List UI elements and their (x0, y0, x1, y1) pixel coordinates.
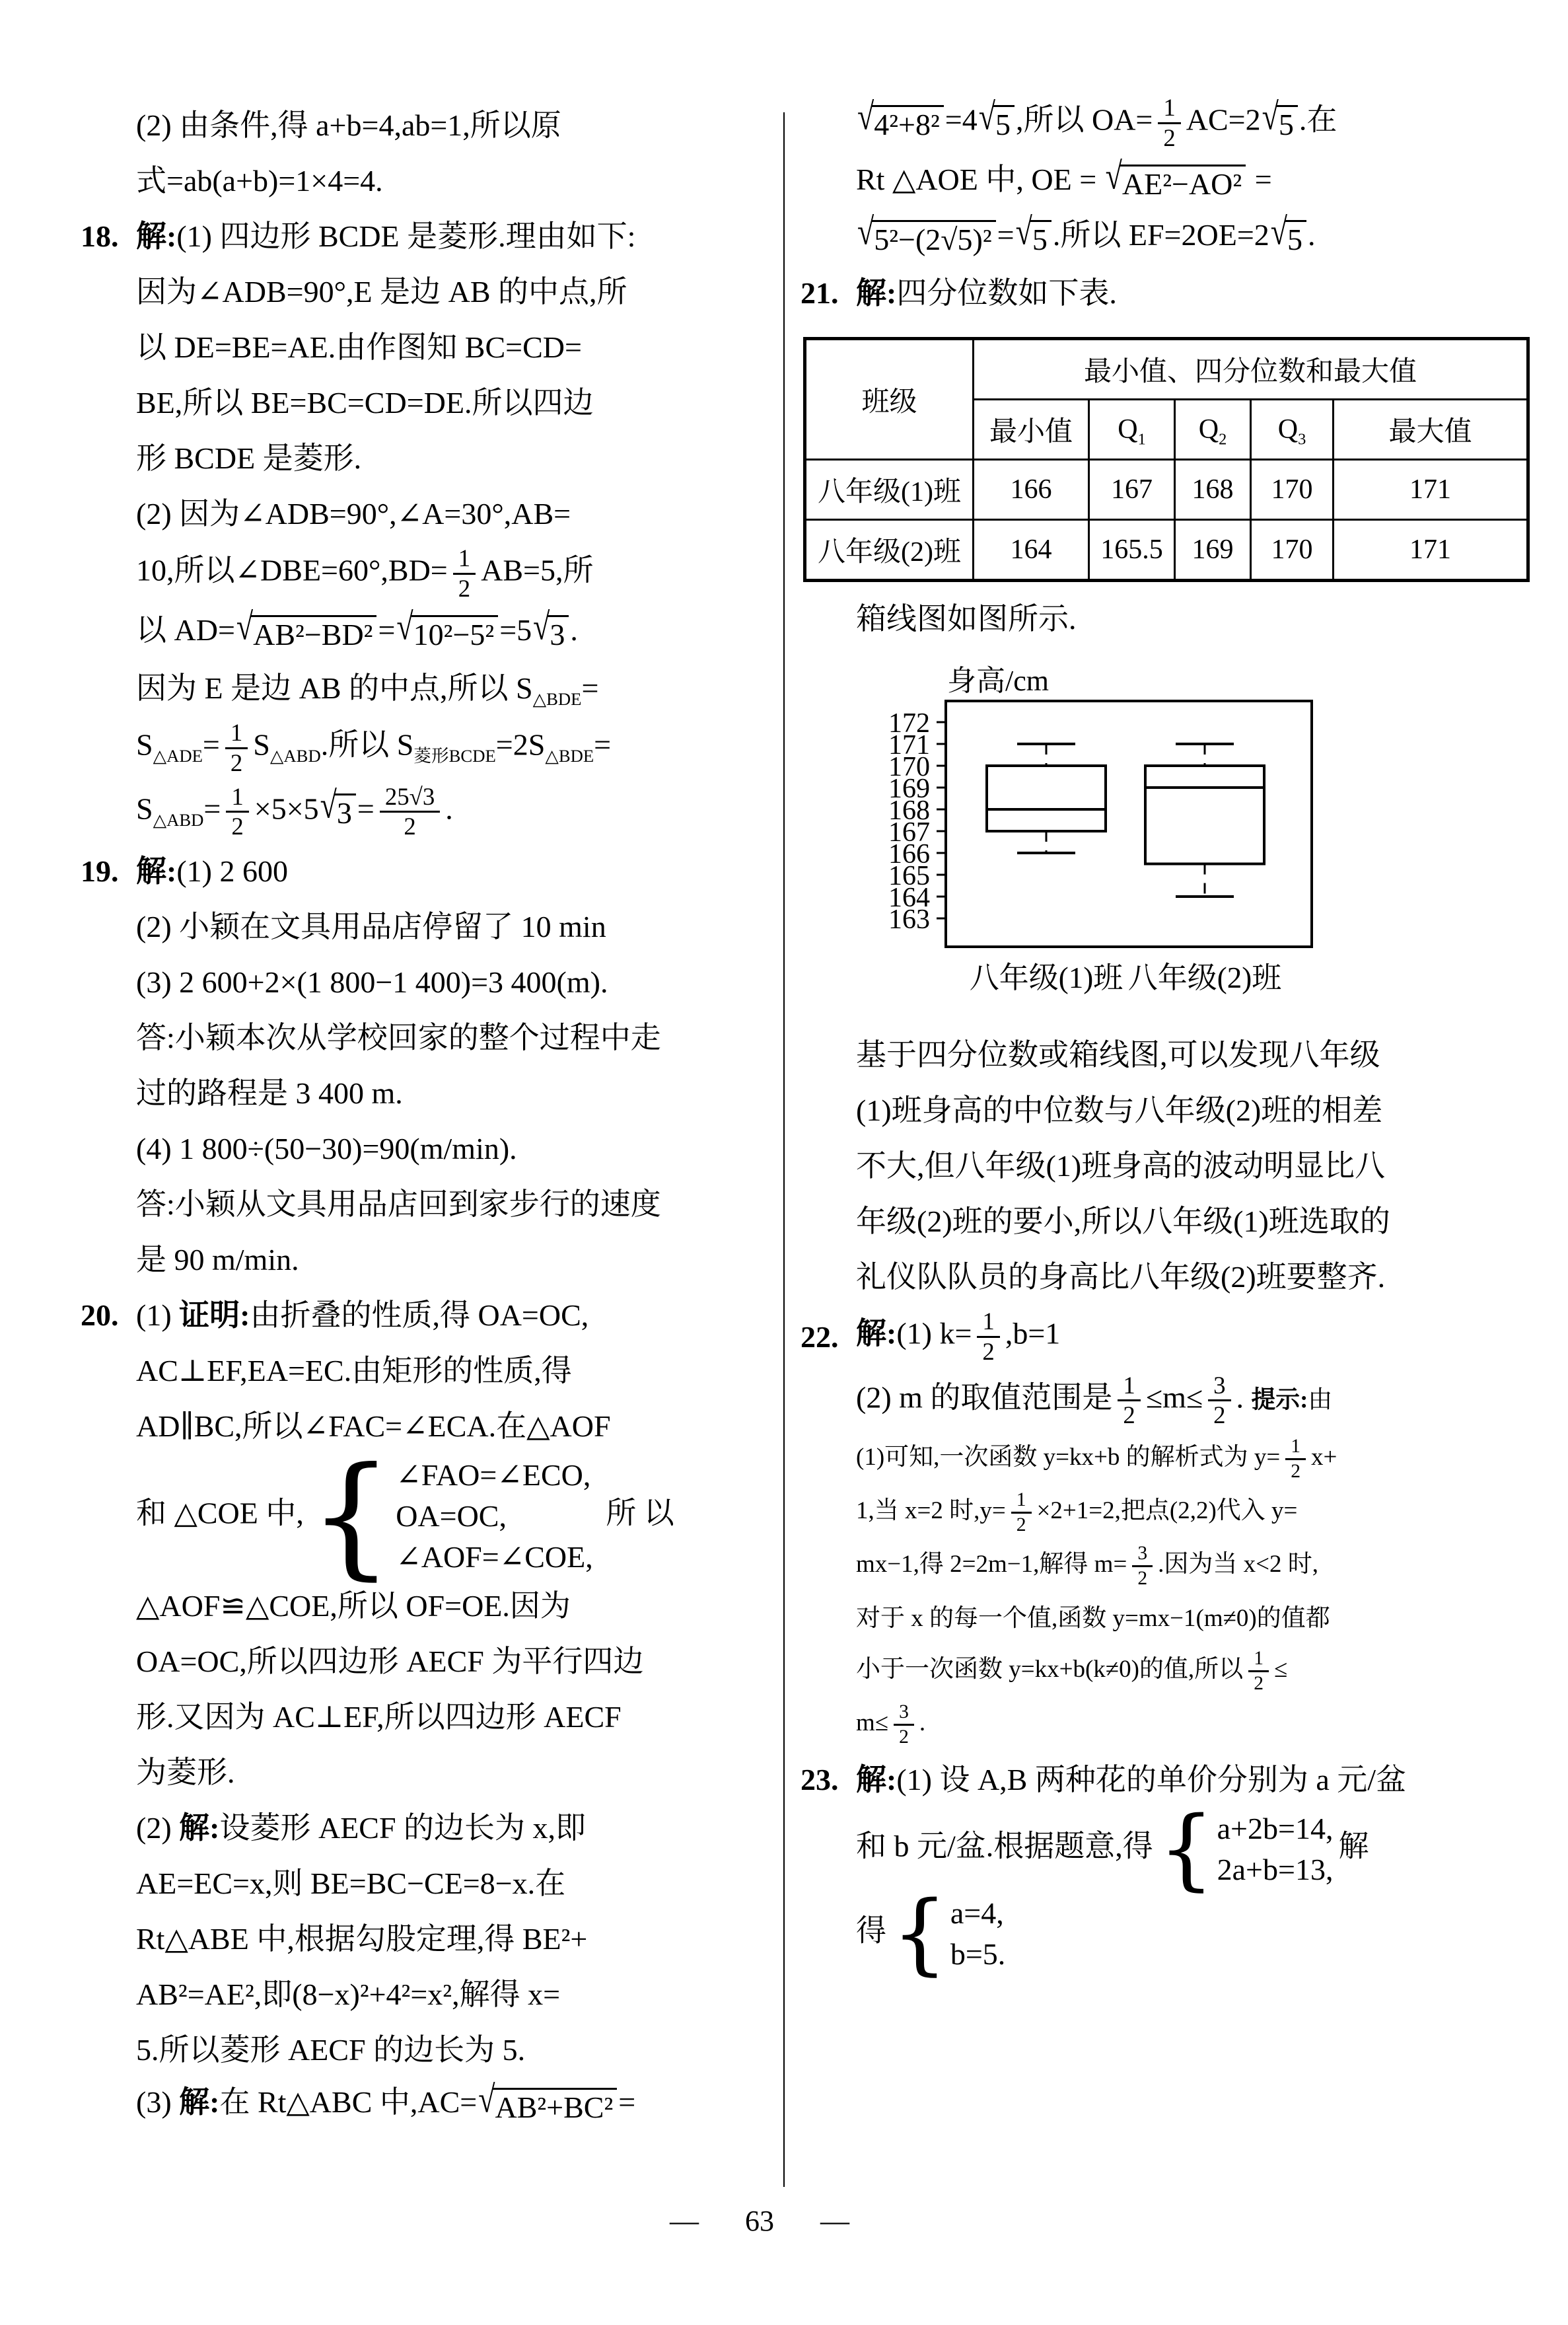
text-line: S△ADE=12S△ABD.所以 S菱形BCDE=2S△BDE= (81, 716, 775, 780)
equation-case-line: a=4, (950, 1898, 1005, 1929)
row-label: 八年级(1)班 (805, 460, 974, 520)
equation-case-line: ∠FAO=∠ECO, (396, 1459, 593, 1491)
line-text: (3) 解:在 Rt△ABC 中,AC=√AB²+BC²= (136, 2086, 775, 2125)
line-text: √5²−(2√5)²=√5.所以 EF=2OE=2√5. (856, 219, 1553, 258)
page-number: 63 (745, 2204, 774, 2238)
line-text: 以 AD=√AB²−BD²=√10²−5²=5√3. (136, 614, 775, 653)
text-line: m≤32. (801, 1698, 1553, 1752)
line-text: S△ADE=12S△ABD.所以 S菱形BCDE=2S△BDE= (136, 716, 775, 780)
text-line: (2) 小颖在文具用品店停留了 10 min (81, 899, 775, 955)
text-line: √5²−(2√5)²=√5.所以 EF=2OE=2√5. (801, 210, 1553, 266)
text-line: (2) 由条件,得 a+b=4,ab=1,所以原 (81, 98, 775, 153)
table-subheader: 最小值 (974, 400, 1089, 460)
table-cell: 167 (1089, 460, 1175, 520)
table-cell: 170 (1251, 520, 1334, 581)
text-line: 小于一次函数 y=kx+b(k≠0)的值,所以12≤ (801, 1644, 1553, 1698)
text-line: Rt△ABE 中,根据勾股定理,得 BE²+ (81, 1911, 775, 1967)
text-line: 以 AD=√AB²−BD²=√10²−5²=5√3. (81, 605, 775, 661)
iqr-box (987, 766, 1106, 831)
line-text: (2) m 的取值范围是12≤m≤32. 提示:由 (856, 1369, 1553, 1432)
text-line: BE,所以 BE=BC=CD=DE.所以四边 (81, 375, 775, 431)
right-column: √4²+8²=4√5,所以 OA=12AC=2√5.在Rt △AOE 中, OE… (801, 91, 1553, 1977)
text-line: AD∥BC,所以∠FAC=∠ECA.在△AOF (81, 1399, 775, 1454)
line-text: 以 DE=BE=AE.由作图知 BC=CD= (136, 331, 775, 364)
text-line: (1)可知,一次函数 y=kx+b 的解析式为 y=12x+ (801, 1432, 1553, 1486)
text-line: (2) 因为∠ADB=90°,∠A=30°,AB= (81, 486, 775, 542)
line-text: 解:(1) 四边形 BCDE 是菱形.理由如下: (136, 220, 775, 253)
table-subheader: Q3 (1251, 400, 1334, 460)
line-text: 对于 x 的每一个值,函数 y=mx−1(m≠0)的值都 (856, 1605, 1553, 1632)
line-text: 式=ab(a+b)=1×4=4. (136, 165, 775, 198)
row-label: 八年级(2)班 (805, 520, 974, 581)
line-text: 1,当 x=2 时,y=12×2+1=2,把点(2,2)代入 y= (856, 1486, 1553, 1539)
problem-number: 18. (81, 220, 136, 253)
footer-dash: — (670, 2204, 699, 2238)
table-cell: 171 (1334, 460, 1528, 520)
equation-case-line: OA=OC, (396, 1500, 593, 1532)
line-text: m≤32. (856, 1698, 1553, 1752)
line-text: 和 △COE 中,{∠FAO=∠ECO,OA=OC,∠AOF=∠COE, 所 以 (136, 1454, 775, 1578)
line-text: 过的路程是 3 400 m. (136, 1077, 775, 1110)
line-text: 因为 E 是边 AB 的中点,所以 S△BDE= (136, 672, 775, 705)
text-line: AE=EC=x,则 BE=BC−CE=8−x.在 (81, 1856, 775, 1911)
text-line: 10,所以∠DBE=60°,BD=12AB=5,所 (81, 542, 775, 605)
line-text: 10,所以∠DBE=60°,BD=12AB=5,所 (136, 542, 775, 605)
equation-case-line: 2a+b=13, (1217, 1854, 1334, 1886)
line-text: Rt△ABE 中,根据勾股定理,得 BE²+ (136, 1923, 775, 1956)
table-cell: 168 (1175, 460, 1251, 520)
column-divider (783, 112, 785, 2187)
problem-number: 22. (801, 1321, 856, 1354)
text-line: 1,当 x=2 时,y=12×2+1=2,把点(2,2)代入 y= (801, 1486, 1553, 1539)
line-text: (3) 2 600+2×(1 800−1 400)=3 400(m). (136, 966, 775, 999)
text-line: 对于 x 的每一个值,函数 y=mx−1(m≠0)的值都 (801, 1593, 1553, 1644)
line-text: 答:小颖本次从学校回家的整个过程中走 (136, 1021, 775, 1054)
quartile-table: 班级 最小值、四分位数和最大值 最小值 Q1 Q2 Q3 最大值 八年级(1)班… (803, 337, 1530, 582)
line-text: 礼仪队队员的身高比八年级(2)班要整齐. (856, 1261, 1553, 1294)
page-footer: — 63 — (0, 2204, 1519, 2238)
table-cell: 171 (1334, 520, 1528, 581)
right-column-intro: √4²+8²=4√5,所以 OA=12AC=2√5.在Rt △AOE 中, OE… (801, 91, 1553, 321)
line-text: 解:四分位数如下表. (856, 277, 1553, 310)
text-line: 19.解:(1) 2 600 (81, 844, 775, 899)
equation-case-line: ∠AOF=∠COE, (396, 1541, 593, 1573)
line-text: 不大,但八年级(1)班身高的波动明显比八 (856, 1150, 1553, 1183)
text-line: OA=OC,所以四边形 AECF 为平行四边 (81, 1634, 775, 1689)
line-text: (4) 1 800÷(50−30)=90(m/min). (136, 1132, 775, 1165)
x-category-label: 八年级(1)班 (970, 961, 1123, 994)
table-cell: 165.5 (1089, 520, 1175, 581)
line-text: 解:(1) k=12,b=1 (856, 1305, 1553, 1368)
problem-number: 19. (81, 855, 136, 888)
text-line: AB²=AE²,即(8−x)²+4²=x²,解得 x= (81, 1967, 775, 2022)
line-text: 5.所以菱形 AECF 的边长为 5. (136, 2034, 775, 2067)
table-row: 八年级(1)班 166 167 168 170 171 (805, 460, 1528, 520)
line-text: 解:(1) 设 A,B 两种花的单价分别为 a 元/盆 (856, 1763, 1553, 1796)
text-line: mx−1,得 2=2m−1,解得 m=32.因为当 x<2 时, (801, 1539, 1553, 1593)
text-line: 答:小颖本次从学校回家的整个过程中走 (81, 1010, 775, 1066)
box-series: 八年级(1)班 (970, 744, 1123, 994)
line-text: BE,所以 BE=BC=CD=DE.所以四边 (136, 387, 775, 420)
text-line: 是 90 m/min. (81, 1232, 775, 1288)
text-line: (2) m 的取值范围是12≤m≤32. 提示:由 (801, 1369, 1553, 1432)
right-column-closing: 基于四分位数或箱线图,可以发现八年级(1)班身高的中位数与八年级(2)班的相差不… (801, 1027, 1553, 1976)
line-text: mx−1,得 2=2m−1,解得 m=32.因为当 x<2 时, (856, 1539, 1553, 1593)
text-line: △AOF≌△COE,所以 OF=OE.因为 (81, 1578, 775, 1634)
line-text: 为菱形. (136, 1756, 775, 1789)
line-text: (2) 由条件,得 a+b=4,ab=1,所以原 (136, 109, 775, 142)
page: (2) 由条件,得 a+b=4,ab=1,所以原式=ab(a+b)=1×4=4.… (0, 0, 1568, 2325)
text-line: 22.解:(1) k=12,b=1 (801, 1305, 1553, 1368)
text-line: 为菱形. (81, 1745, 775, 1800)
line-text: 解:(1) 2 600 (136, 855, 775, 888)
footer-dash: — (820, 2204, 849, 2238)
line-text: 因为∠ADB=90°,E 是边 AB 的中点,所 (136, 276, 775, 309)
table-cell: 166 (974, 460, 1089, 520)
table-row: 班级 最小值、四分位数和最大值 (805, 339, 1528, 400)
table-row: 八年级(2)班 164 165.5 169 170 171 (805, 520, 1528, 581)
line-text: S△ABD=12×5×5√3=25√32. (136, 780, 775, 844)
problem-number: 23. (801, 1763, 856, 1796)
line-text: 箱线图如图所示. (856, 603, 1553, 636)
line-text: (2) 小颖在文具用品店停留了 10 min (136, 910, 775, 943)
figure-caption: 箱线图如图所示. (801, 591, 1553, 647)
text-line: 因为∠ADB=90°,E 是边 AB 的中点,所 (81, 264, 775, 320)
line-text: √4²+8²=4√5,所以 OA=12AC=2√5.在 (856, 91, 1553, 155)
line-text: 形.又因为 AC⊥EF,所以四边形 AECF (136, 1701, 775, 1734)
line-text: 答:小颖从文具用品店回到家步行的速度 (136, 1188, 775, 1221)
line-text: 基于四分位数或箱线图,可以发现八年级 (856, 1039, 1553, 1072)
text-line: 形 BCDE 是菱形. (81, 431, 775, 486)
line-text: Rt △AOE 中, OE = √AE²−AO² = (856, 163, 1553, 202)
equation-case-line: b=5. (950, 1938, 1005, 1970)
text-line: 不大,但八年级(1)班身高的波动明显比八 (801, 1138, 1553, 1194)
text-line: (3) 2 600+2×(1 800−1 400)=3 400(m). (81, 955, 775, 1010)
equation-case-line: a+2b=14, (1217, 1813, 1334, 1845)
text-line: 因为 E 是边 AB 的中点,所以 S△BDE= (81, 661, 775, 716)
text-line: 20.(1) 证明:由折叠的性质,得 OA=OC, (81, 1288, 775, 1343)
line-text: (2) 因为∠ADB=90°,∠A=30°,AB= (136, 498, 775, 531)
problem-number: 20. (81, 1299, 136, 1332)
text-line: 18.解:(1) 四边形 BCDE 是菱形.理由如下: (81, 209, 775, 264)
text-line: AC⊥EF,EA=EC.由矩形的性质,得 (81, 1343, 775, 1399)
table-cell: 169 (1175, 520, 1251, 581)
line-text: 年级(2)班的要小,所以八年级(1)班选取的 (856, 1205, 1553, 1238)
line-text: (1)班身高的中位数与八年级(2)班的相差 (856, 1094, 1553, 1127)
line-text: 形 BCDE 是菱形. (136, 442, 775, 475)
box-series: 八年级(2)班 (1128, 744, 1281, 994)
line-text: △AOF≌△COE,所以 OF=OE.因为 (136, 1590, 775, 1623)
text-line: 答:小颖从文具用品店回到家步行的速度 (81, 1177, 775, 1232)
text-line: 式=ab(a+b)=1×4=4. (81, 153, 775, 209)
line-text: 小于一次函数 y=kx+b(k≠0)的值,所以12≤ (856, 1644, 1553, 1698)
text-line: 得{a=4,b=5. (801, 1892, 1553, 1976)
line-text: AD∥BC,所以∠FAC=∠ECA.在△AOF (136, 1410, 775, 1443)
boxplot: 身高/cm172171170169168167166165164163八年级(1… (801, 660, 1547, 1020)
text-line: 年级(2)班的要小,所以八年级(1)班选取的 (801, 1194, 1553, 1249)
text-line: 21.解:四分位数如下表. (801, 266, 1553, 321)
table-subheader: Q2 (1175, 400, 1251, 460)
line-text: AE=EC=x,则 BE=BC−CE=8−x.在 (136, 1867, 775, 1900)
text-line: Rt △AOE 中, OE = √AE²−AO² = (801, 155, 1553, 210)
problem-number: 21. (801, 277, 856, 310)
text-line: 形.又因为 AC⊥EF,所以四边形 AECF (81, 1689, 775, 1745)
y-tick-label: 163 (888, 904, 930, 935)
line-text: AB²=AE²,即(8−x)²+4²=x²,解得 x= (136, 1978, 775, 2011)
text-line: S△ABD=12×5×5√3=25√32. (81, 780, 775, 844)
y-axis-title: 身高/cm (947, 665, 1049, 697)
line-text: (2) 解:设菱形 AECF 的边长为 x,即 (136, 1812, 775, 1845)
table-cell: 170 (1251, 460, 1334, 520)
table-corner-cell: 班级 (805, 339, 974, 460)
table-cell: 164 (974, 520, 1089, 581)
text-line: (2) 解:设菱形 AECF 的边长为 x,即 (81, 1800, 775, 1856)
text-line: 和 △COE 中,{∠FAO=∠ECO,OA=OC,∠AOF=∠COE, 所 以 (81, 1454, 775, 1578)
text-line: (4) 1 800÷(50−30)=90(m/min). (81, 1121, 775, 1177)
text-line: 以 DE=BE=AE.由作图知 BC=CD= (81, 320, 775, 375)
line-text: 得{a=4,b=5. (856, 1892, 1553, 1976)
text-line: (1)班身高的中位数与八年级(2)班的相差 (801, 1083, 1553, 1138)
left-column: (2) 由条件,得 a+b=4,ab=1,所以原式=ab(a+b)=1×4=4.… (81, 98, 775, 2133)
iqr-box (1145, 766, 1264, 864)
text-line: (3) 解:在 Rt△ABC 中,AC=√AB²+BC²= (81, 2078, 775, 2133)
text-line: 箱线图如图所示. (801, 591, 1553, 647)
line-text: 和 b 元/盆.根据题意,得{a+2b=14,2a+b=13,解 (856, 1807, 1553, 1892)
x-category-label: 八年级(2)班 (1128, 961, 1281, 994)
line-text: OA=OC,所以四边形 AECF 为平行四边 (136, 1645, 775, 1678)
text-line: 和 b 元/盆.根据题意,得{a+2b=14,2a+b=13,解 (801, 1807, 1553, 1892)
text-line: √4²+8²=4√5,所以 OA=12AC=2√5.在 (801, 91, 1553, 155)
text-line: 5.所以菱形 AECF 的边长为 5. (81, 2022, 775, 2078)
boxplot-figure: 身高/cm172171170169168167166165164163八年级(1… (801, 660, 1553, 1023)
line-text: AC⊥EF,EA=EC.由矩形的性质,得 (136, 1354, 775, 1387)
table-subheader: Q1 (1089, 400, 1175, 460)
text-line: 礼仪队队员的身高比八年级(2)班要整齐. (801, 1249, 1553, 1305)
text-line: 基于四分位数或箱线图,可以发现八年级 (801, 1027, 1553, 1083)
table-group-header: 最小值、四分位数和最大值 (974, 339, 1528, 400)
line-text: (1) 证明:由折叠的性质,得 OA=OC, (136, 1299, 775, 1332)
text-line: 过的路程是 3 400 m. (81, 1066, 775, 1121)
line-text: 是 90 m/min. (136, 1243, 775, 1276)
table-subheader: 最大值 (1334, 400, 1528, 460)
line-text: (1)可知,一次函数 y=kx+b 的解析式为 y=12x+ (856, 1432, 1553, 1486)
